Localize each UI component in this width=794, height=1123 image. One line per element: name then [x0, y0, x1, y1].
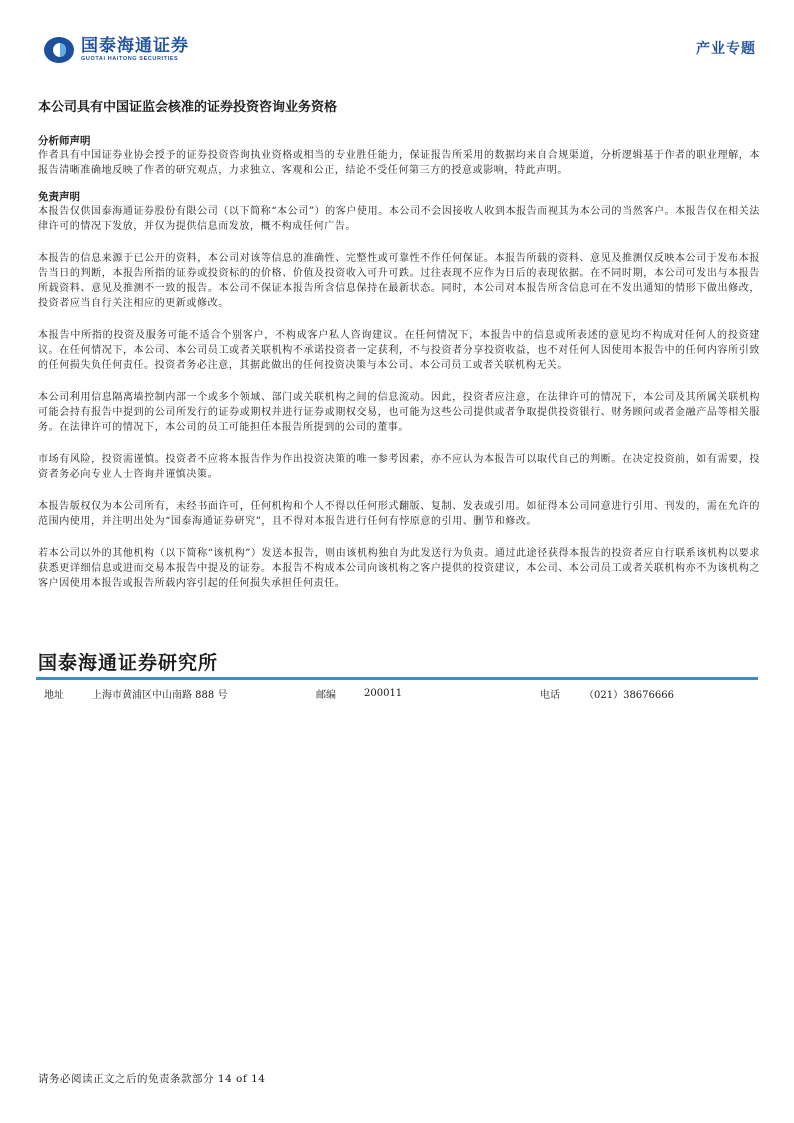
disclaimer-paragraph: 若本公司以外的其他机构（以下简称“该机构”）发送本报告，则由该机构独自为此发送行…	[38, 546, 760, 591]
postcode-value: 200011	[364, 688, 402, 699]
company-logo: 国泰海通证券 GUOTAI HAITONG SECURITIES	[44, 37, 189, 63]
analyst-statement: 作者具有中国证券业协会授予的证券投资咨询执业资格或相当的专业胜任能力，保证报告所…	[38, 148, 760, 178]
disclaimer-body: 本公司具有中国证监会核准的证券投资咨询业务资格 分析师声明 作者具有中国证券业协…	[38, 100, 760, 608]
logo-mark-icon	[44, 37, 74, 63]
logo-name-en: GUOTAI HAITONG SECURITIES	[81, 55, 189, 63]
postcode-label: 邮编	[316, 686, 336, 701]
page-header: 国泰海通证券 GUOTAI HAITONG SECURITIES 产业专题	[0, 0, 794, 80]
contact-info: 地址 上海市黄浦区中山南路 888 号 邮编 200011 电话 （021）38…	[38, 684, 758, 702]
phone-value: （021）38676666	[584, 686, 674, 701]
address-value: 上海市黄浦区中山南路 888 号	[92, 686, 227, 701]
logo-name-cn: 国泰海通证券	[81, 37, 189, 55]
disclaimer-paragraph: 本报告中所指的投资及服务可能不适合个别客户，不构成客户私人咨询建议。在任何情况下…	[38, 328, 760, 373]
section-title-disclaimer: 免责声明	[38, 190, 760, 204]
disclaimer-paragraph: 本报告版权仅为本公司所有，未经书面许可，任何机构和个人不得以任何形式翻版、复制、…	[38, 499, 760, 529]
report-type-label: 产业专题	[696, 38, 756, 58]
disclaimer-paragraph: 本公司利用信息隔离墙控制内部一个或多个领域、部门或关联机构之间的信息流动。因此，…	[38, 390, 760, 435]
institute-name: 国泰海通证券研究所	[38, 648, 218, 675]
disclaimer-paragraph: 市场有风险，投资需谨慎。投资者不应将本报告作为作出投资决策的唯一参考因素，亦不应…	[38, 452, 760, 482]
page-footer: 请务必阅读正文之后的免责条款部分 14 of 14	[38, 1071, 265, 1086]
phone-label: 电话	[540, 686, 560, 701]
page-title: 本公司具有中国证监会核准的证券投资咨询业务资格	[38, 100, 760, 116]
address-label: 地址	[44, 686, 64, 701]
disclaimer-paragraph: 本报告的信息来源于已公开的资料，本公司对该等信息的准确性、完整性或可靠性不作任何…	[38, 251, 760, 311]
institute-divider	[36, 677, 758, 680]
section-title-analyst: 分析师声明	[38, 134, 760, 148]
disclaimer-paragraph: 本报告仅供国泰海通证券股份有限公司（以下简称“本公司”）的客户使用。本公司不会因…	[38, 204, 760, 234]
